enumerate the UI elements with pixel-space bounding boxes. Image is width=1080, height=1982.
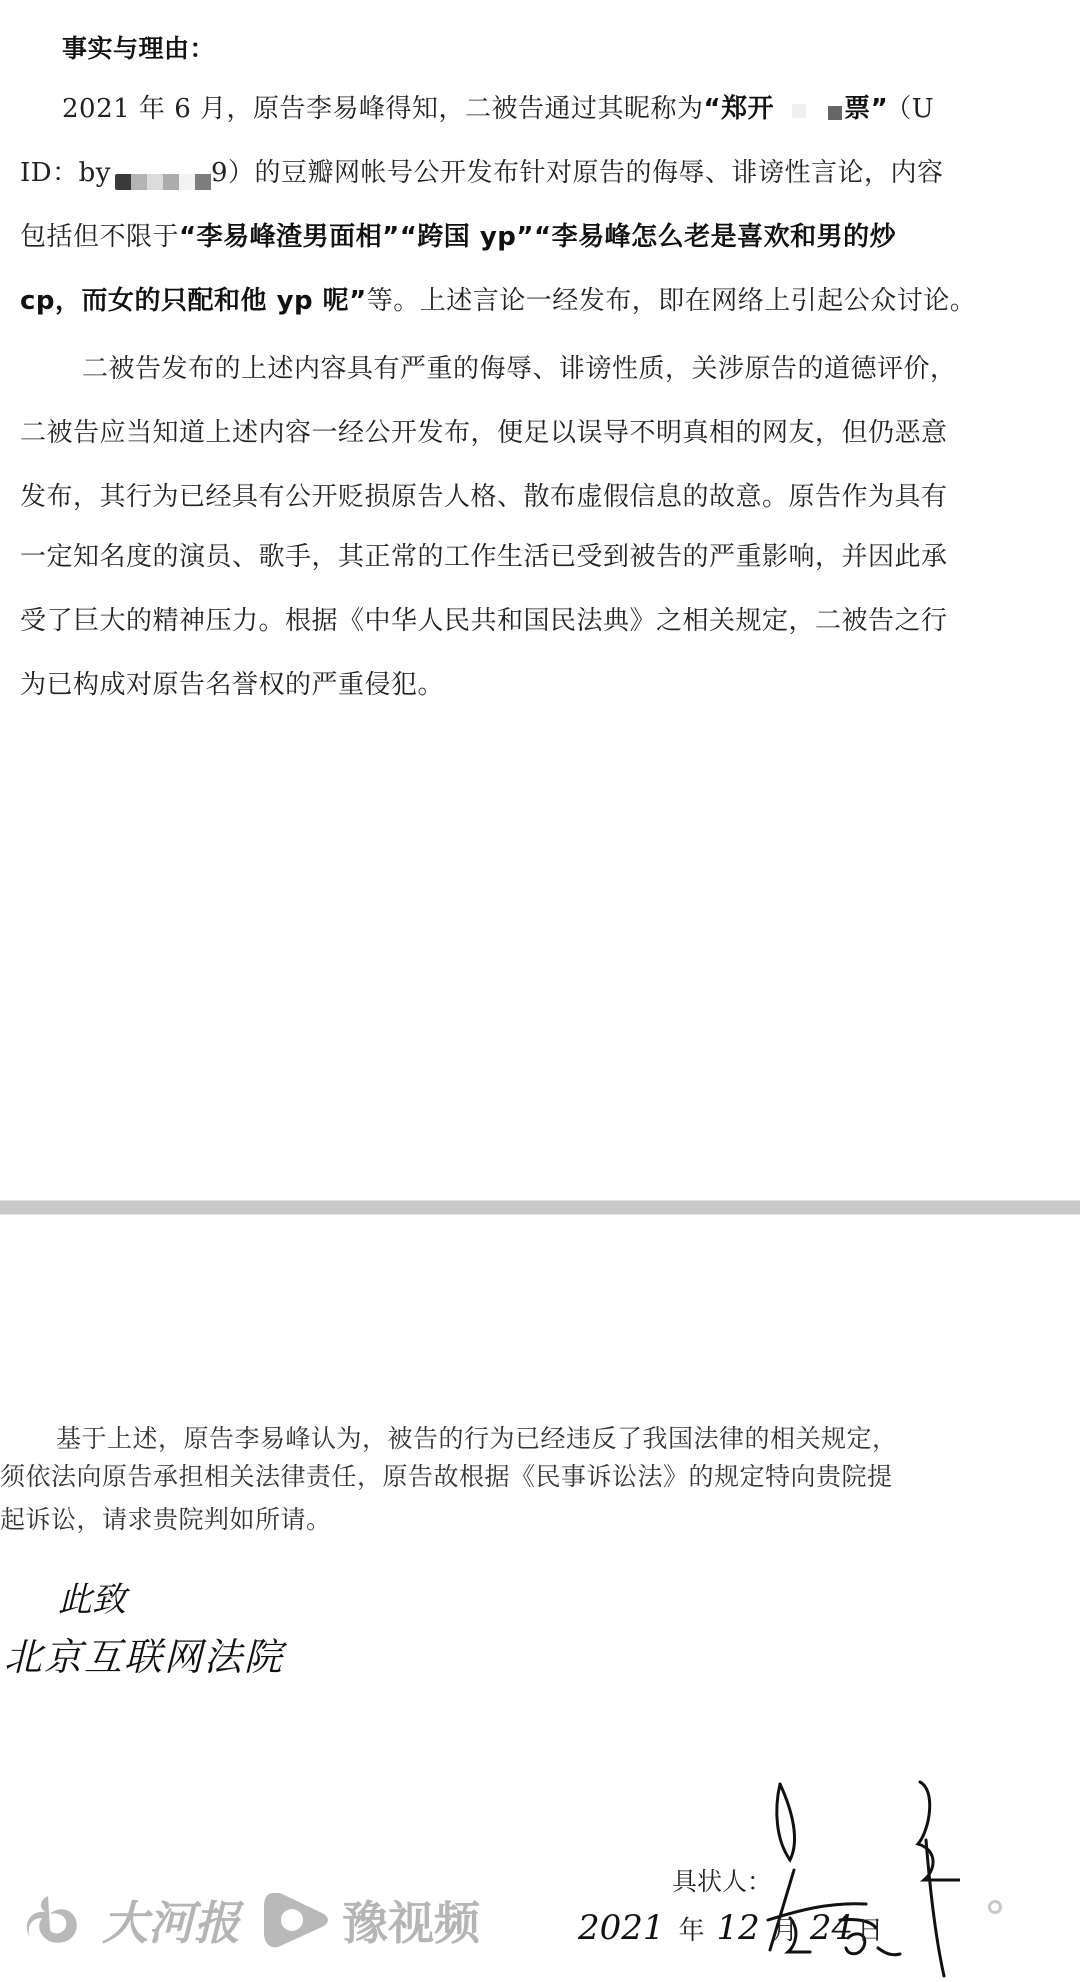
filing-date: 2021年12月24日 [578,1908,883,1948]
para2-line5: 受了巨大的精神压力。根据《中华人民共和国民法典》之相关规定，二被告之行 [20,606,948,636]
para2-line6: 为已构成对原告名誉权的严重侵犯。 [20,670,444,700]
date-day-handwritten: 24 [810,1908,853,1948]
closing-para-line3: 起诉讼，请求贵院判如所请。 [0,1505,332,1535]
date-month-handwritten: 12 [717,1908,760,1948]
watermark: 大河报 豫视频 [0,1885,480,1955]
section-heading: 事实与理由： [62,34,215,64]
quote-1: “李易峰渣男面相” [179,222,400,252]
redacted-uid [115,159,211,190]
closing-para-line2: 须依法向原告承担相关法律责任，原告故根据《民事诉讼法》的规定特向贵院提 [0,1462,893,1492]
para1-line3: 包括但不限于“李易峰渣男面相”“跨国 yp”“李易峰怎么老是喜欢和男的炒 [20,222,896,252]
watermark-brand-yushipin: 豫视频 [342,1887,480,1953]
handwritten-court-name: 北京互联网法院 [4,1626,284,1681]
handwritten-closing: 此致 [58,1572,126,1621]
redacted-nickname [774,95,844,125]
para2-line3: 发布，其行为已经具有公开贬损原告人格、散布虚假信息的故意。原告作为具有 [20,482,948,512]
para1-line4: cp，而女的只配和他 yp 呢”等。上述言论一经发布，即在网络上引起公众讨论。 [20,286,976,316]
closing-para-line1: 基于上述，原告李易峰认为，被告的行为已经违反了我国法律的相关规定， [56,1424,898,1454]
para1-line2: ID：by9）的豆瓣网帐号公开发布针对原告的侮辱、诽谤性言论，内容 [20,158,944,190]
para2-line2: 二被告应当知道上述内容一经公开发布，便足以误导不明真相的网友，但仍恶意 [20,418,948,448]
date-year-handwritten: 2021 [578,1908,665,1948]
signer-label: 具状人： [672,1862,772,1898]
nickname-open: “郑开 [704,94,775,124]
quote-2: “跨国 yp” [400,222,534,252]
para1-line1: 2021 年 6 月，原告李易峰得知，二被告通过其昵称为“郑开票”（U [62,94,934,125]
handwritten-signature [760,1770,960,1980]
page-separator [0,1200,1080,1215]
para2-line1: 二被告发布的上述内容具有严重的侮辱、诽谤性质，关涉原告的道德评价， [82,354,957,384]
para2-line4: 一定知名度的演员、歌手，其正常的工作生活已受到被告的严重影响，并因此承 [20,542,948,572]
watermark-brand-dahebao: 大河报 [102,1887,240,1953]
quote-3: “李易峰怎么老是喜欢和男的炒 [534,222,896,252]
nickname-close: 票” [844,94,888,124]
play-logo-icon [262,1889,330,1951]
dahebao-logo-icon [18,1890,88,1950]
stamp-mark [988,1900,1002,1914]
